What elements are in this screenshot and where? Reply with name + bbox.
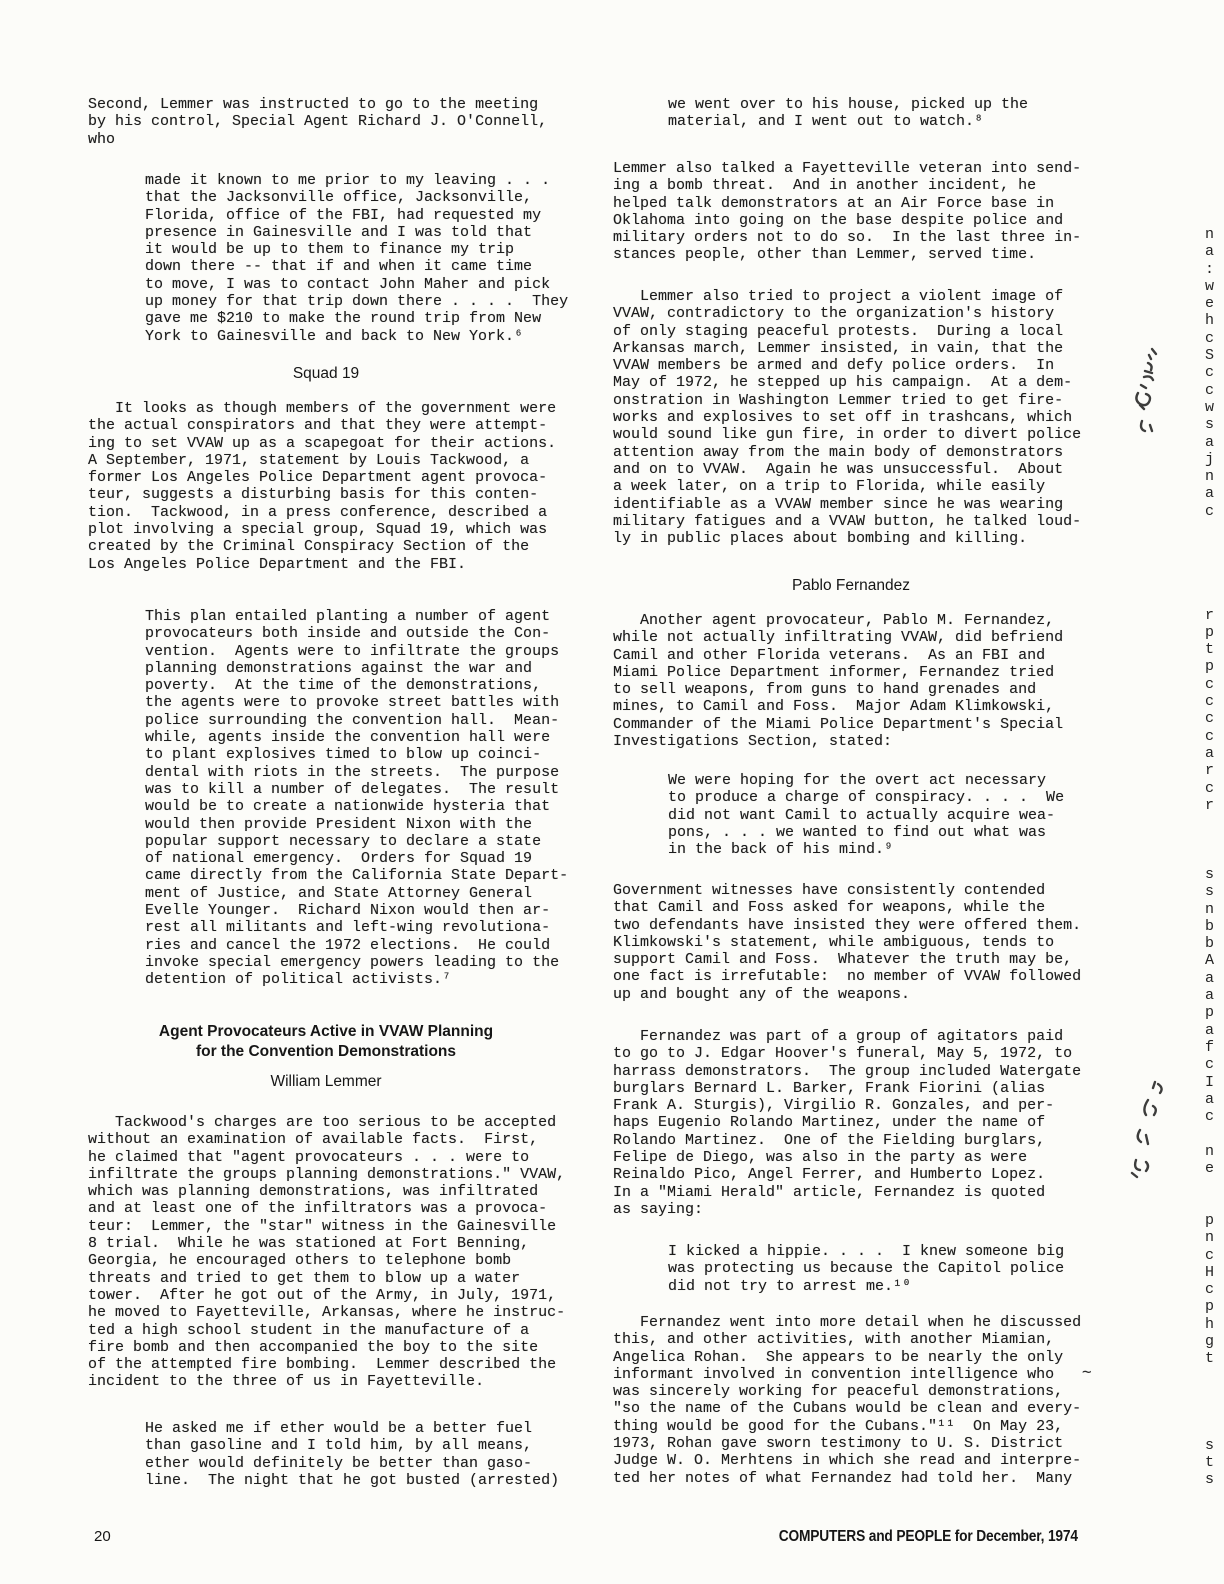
paragraph: Government witnesses have consistently c… [613,882,1081,1003]
paragraph: Lemmer also tried to project a violent i… [613,288,1081,547]
paragraph: Fernandez went into more detail when he … [613,1314,1081,1487]
page-number: 20 [94,1528,111,1545]
paragraph: Another agent provocateur, Pablo M. Fern… [613,612,1063,750]
section-heading-william-lemmer: William Lemmer [88,1072,564,1092]
ink-smudge [1118,1078,1176,1190]
magazine-page: Second, Lemmer was instructed to go to t… [0,0,1224,1584]
block-quote: This plan entailed planting a number of … [145,608,568,989]
paragraph: Tackwood's charges are too serious to be… [88,1114,565,1391]
page-edge-text-fragments: n a : w e h c S c c w s a j n a c r p t … [1205,226,1224,1489]
paragraph: Lemmer also talked a Fayetteville vetera… [613,160,1081,264]
journal-footer-line: COMPUTERS and PEOPLE for December, 1974 [779,1528,1078,1546]
ink-smudge [1128,345,1170,441]
paragraph: Second, Lemmer was instructed to go to t… [88,96,547,148]
block-quote: we went over to his house, picked up the… [668,96,1028,131]
article-heading: Agent Provocateurs Active in VVAW Planni… [88,1022,564,1062]
paragraph: It looks as though members of the govern… [88,400,556,573]
section-heading-squad-19: Squad 19 [88,364,564,384]
pen-mark-tilde: ~ [1082,1362,1092,1381]
block-quote: He asked me if ether would be a better f… [145,1420,559,1489]
section-heading-pablo-fernandez: Pablo Fernandez [613,576,1089,596]
block-quote: I kicked a hippie. . . . I knew someone … [668,1243,1064,1295]
block-quote: We were hoping for the overt act necessa… [668,772,1064,858]
block-quote: made it known to me prior to my leaving … [145,172,568,345]
paragraph: Fernandez was part of a group of agitato… [613,1028,1081,1218]
